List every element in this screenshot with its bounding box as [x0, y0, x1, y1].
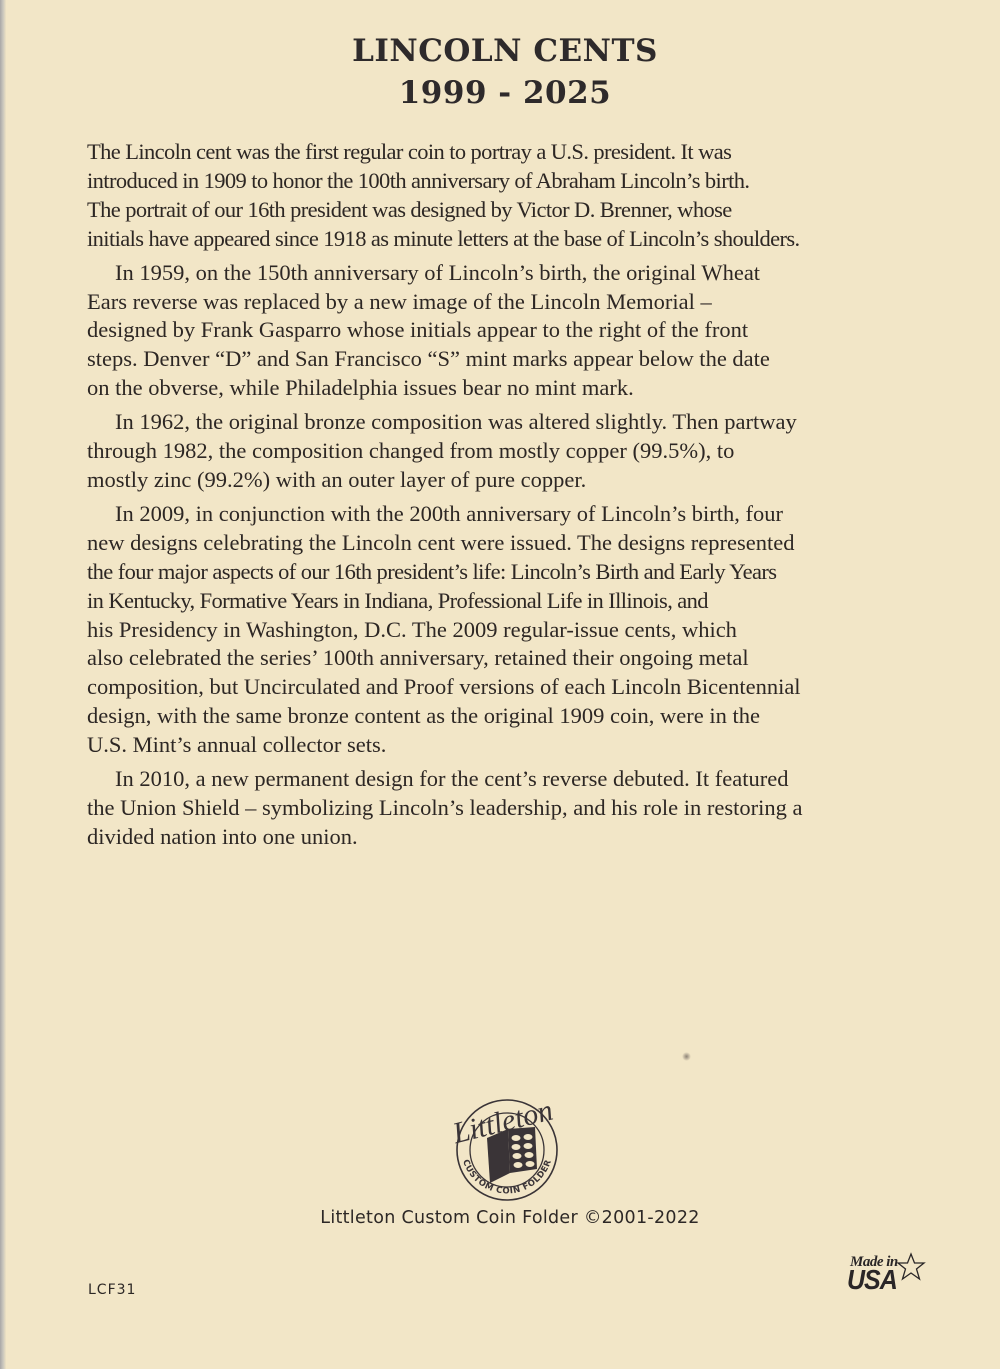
paragraph-intro: The Lincoln cent was the first regular c… — [87, 138, 937, 254]
product-code: LCF31 — [88, 1282, 136, 1298]
paper-blemish — [682, 1052, 691, 1061]
text-line: new designs celebrating the Lincoln cent… — [87, 529, 937, 558]
text-line: mostly zinc (99.2%) with an outer layer … — [87, 466, 937, 495]
paragraph-2009: In 2009, in conjunction with the 200th a… — [87, 500, 937, 760]
text-line: In 2010, a new permanent design for the … — [87, 765, 937, 794]
page-edge-shadow — [0, 0, 6, 1369]
text-line: Ears reverse was replaced by a new image… — [87, 288, 937, 317]
text-line: designed by Frank Gasparro whose initial… — [87, 316, 937, 345]
copyright-notice: Littleton Custom Coin Folder ©2001-2022 — [0, 1208, 1000, 1228]
star-outline-icon — [895, 1252, 927, 1282]
article-body: The Lincoln cent was the first regular c… — [87, 138, 937, 852]
text-line: introduced in 1909 to honor the 100th an… — [87, 167, 937, 196]
text-line: In 2009, in conjunction with the 200th a… — [87, 500, 937, 529]
page-title: LINCOLN CENTS 1999 - 2025 — [0, 30, 1000, 114]
text-line: U.S. Mint’s annual collector sets. — [87, 731, 937, 760]
text-line: in Kentucky, Formative Years in Indiana,… — [87, 587, 937, 616]
text-line: the four major aspects of our 16th presi… — [87, 558, 937, 587]
text-line: The Lincoln cent was the first regular c… — [87, 138, 937, 167]
text-line: The portrait of our 16th president was d… — [87, 196, 937, 225]
littleton-logo: Littleton CUSTOM COIN FOLDER — [440, 1095, 570, 1205]
text-line: through 1982, the composition changed fr… — [87, 437, 937, 466]
text-line: divided nation into one union. — [87, 823, 937, 852]
coin-folder-icon: Littleton CUSTOM COIN FOLDER — [440, 1095, 570, 1205]
text-line: initials have appeared since 1918 as min… — [87, 225, 937, 254]
paragraph-2010: In 2010, a new permanent design for the … — [87, 765, 937, 852]
text-line: composition, but Uncirculated and Proof … — [87, 673, 937, 702]
text-line: In 1962, the original bronze composition… — [87, 408, 937, 437]
usa-label: USA — [847, 1265, 897, 1297]
text-line: In 1959, on the 150th anniversary of Lin… — [87, 259, 937, 288]
text-line: his Presidency in Washington, D.C. The 2… — [87, 616, 937, 645]
text-line: also celebrated the series’ 100th annive… — [87, 644, 937, 673]
title-line-1: LINCOLN CENTS — [0, 30, 1000, 72]
text-line: steps. Denver “D” and San Francisco “S” … — [87, 345, 937, 374]
paragraph-1959: In 1959, on the 150th anniversary of Lin… — [87, 259, 937, 404]
text-line: the Union Shield – symbolizing Lincoln’s… — [87, 794, 937, 823]
made-in-usa-badge: Made in USA — [845, 1252, 930, 1302]
title-line-2: 1999 - 2025 — [0, 72, 1000, 114]
paragraph-1962: In 1962, the original bronze composition… — [87, 408, 937, 495]
text-line: design, with the same bronze content as … — [87, 702, 937, 731]
text-line: on the obverse, while Philadelphia issue… — [87, 374, 937, 403]
